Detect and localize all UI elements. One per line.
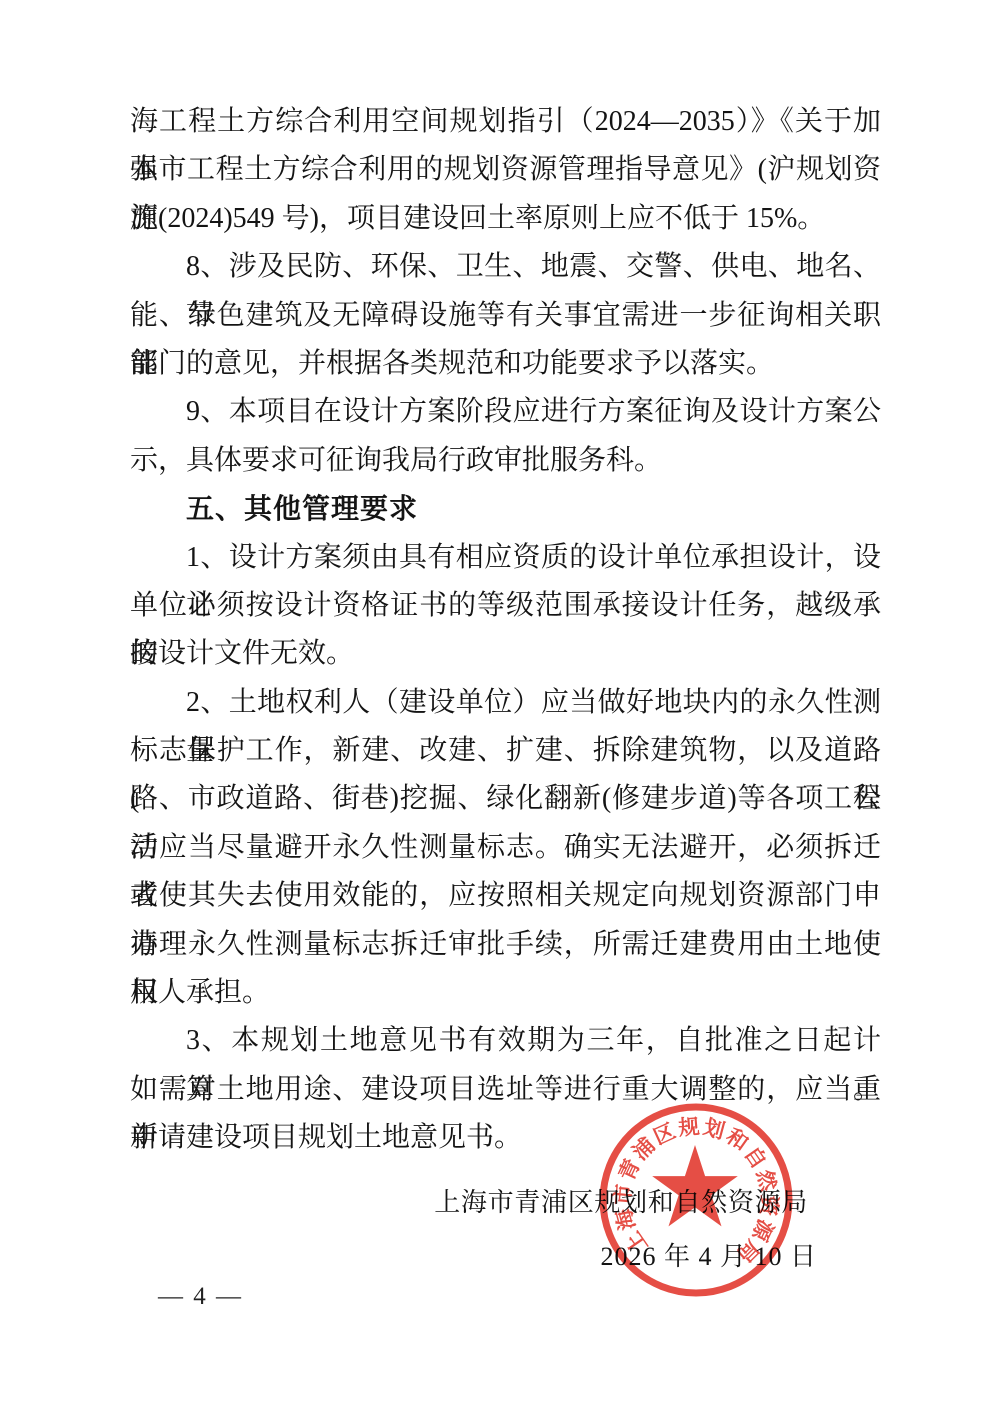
text-line: 2、土地权利人（建设单位）应当做好地块内的永久性测量 [130,679,881,727]
text-line: 1、设计方案须由具有相应资质的设计单位承担设计，设计 [130,534,881,582]
text-line: 的设计文件无效。 [130,630,881,678]
text-line: 本市工程土方综合利用的规划资源管理指导意见》(沪规划资源 [130,146,881,194]
text-line: 标志保护工作，新建、改建、扩建、拆除建筑物，以及道路(公 [130,727,881,775]
text-line: 能、绿色建筑及无障碍设施等有关事宜需进一步征询相关职能 [130,292,881,340]
section-heading: 五、其他管理要求 [130,485,881,533]
issue-date: 2026 年 4 月 10 日 [600,1240,817,1274]
text-line: 路、市政道路、街巷)挖掘、绿化翻新(修建步道)等各项工程活 [130,775,881,823]
text-line: 如需对土地用途、建设项目选址等进行重大调整的，应当重新 [130,1066,881,1114]
text-line: 部门的意见，并根据各类规范和功能要求予以落实。 [130,340,881,388]
text-line: 办理永久性测量标志拆迁审批手续，所需迁建费用由土地使用 [130,921,881,969]
issuing-agency: 上海市青浦区规划和自然资源局 [434,1186,808,1220]
document-body: 海工程土方综合利用空间规划指引（2024—2035）》《关于加强 本市工程土方综… [130,98,881,1163]
text-line: 动应当尽量避开永久性测量标志。确实无法避开，必须拆迁或 [130,824,881,872]
document-page: 海工程土方综合利用空间规划指引（2024—2035）》《关于加强 本市工程土方综… [0,0,992,1403]
page-number: — 4 — [158,1283,243,1311]
text-line: 权人承担。 [130,969,881,1017]
text-line: 申请建设项目规划土地意见书。 [130,1114,881,1162]
text-line: 海工程土方综合利用空间规划指引（2024—2035）》《关于加强 [130,98,881,146]
text-line: 示，具体要求可征询我局行政审批服务科。 [130,437,881,485]
text-line: 者使其失去使用效能的，应按照相关规定向规划资源部门申请 [130,872,881,920]
text-line: 施(2024)549 号)，项目建设回土率原则上应不低于 15%。 [130,195,881,243]
text-line: 8、涉及民防、环保、卫生、地震、交警、供电、地名、节 [130,243,881,291]
text-line: 单位必须按设计资格证书的等级范围承接设计任务，越级承接 [130,582,881,630]
text-line: 3、本规划土地意见书有效期为三年，自批准之日起计算。 [130,1017,881,1065]
text-line: 9、本项目在设计方案阶段应进行方案征询及设计方案公 [130,388,881,436]
